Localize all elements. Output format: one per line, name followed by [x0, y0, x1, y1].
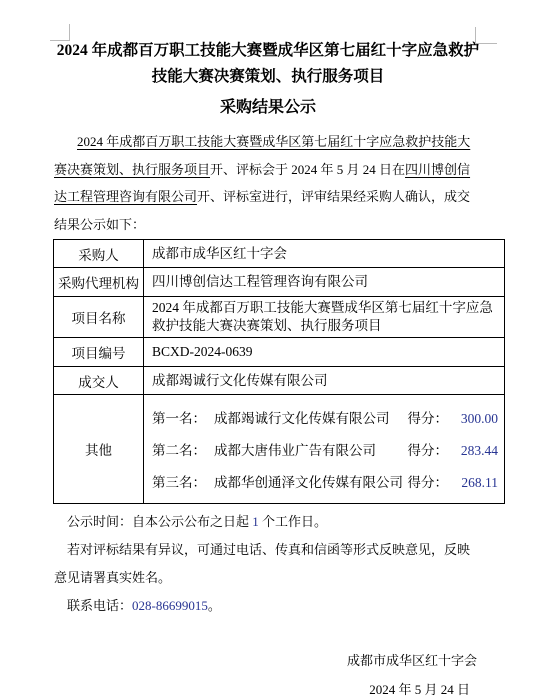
- row-label: 采购人: [54, 240, 144, 268]
- entry-company-name: 成都竭诚行文化传媒有限公司: [214, 407, 390, 427]
- text-segment: 公示时间：自本公示公布之日起: [67, 514, 252, 529]
- entry-rank: 第二名：: [152, 439, 206, 459]
- text-segment: 结果公示如下：: [54, 217, 145, 232]
- ranking-entry: 第三名：成都华创通泽文化传媒有限公司得分：268.11: [152, 471, 498, 491]
- entry-rank: 第三名：: [152, 471, 206, 491]
- accent-number: 028-86699015: [132, 598, 208, 613]
- signature-date: 2024 年 5 月 24 日: [54, 675, 477, 697]
- document-title-line-2: 技能大赛决赛策划、执行服务项目: [54, 64, 482, 90]
- underlined-text: 2024 年成都百万职工技能大赛暨成华区第七届红十字应急救护技能大: [77, 134, 470, 149]
- underlined-text: 达工程管理咨询有限公司: [54, 189, 197, 204]
- table-row: 项目名称2024 年成都百万职工技能大赛暨成华区第七届红十字应急救护技能大赛决赛…: [54, 297, 505, 338]
- row-value: 2024 年成都百万职工技能大赛暨成华区第七届红十字应急救护技能大赛决赛策划、执…: [144, 297, 505, 338]
- document-title-line-1: 2024 年成都百万职工技能大赛暨成华区第七届红十字应急救护: [54, 38, 482, 64]
- row-label: 其他: [54, 395, 144, 504]
- document-page: 2024 年成都百万职工技能大赛暨成华区第七届红十字应急救护 技能大赛决赛策划、…: [0, 0, 537, 697]
- entry-company-name: 成都华创通泽文化传媒有限公司: [214, 471, 403, 491]
- ranking-entry: 第一名：成都竭诚行文化传媒有限公司得分：300.00: [152, 407, 498, 427]
- entry-rank: 第一名：: [152, 407, 206, 427]
- ranking-entry: 第二名：成都大唐伟业广告有限公司得分：283.44: [152, 439, 498, 459]
- ranking-list: 第一名：成都竭诚行文化传媒有限公司得分：300.00第二名：成都大唐伟业广告有限…: [144, 395, 504, 503]
- result-info-table-body: 采购人成都市成华区红十字会采购代理机构四川博创信达工程管理咨询有限公司项目名称2…: [54, 240, 505, 504]
- notice-line: 若对评标结果有异议，可通过电话、传真和信函等形式反映意见，反映: [54, 536, 466, 564]
- text-boundary-mark-top-left: [50, 24, 70, 41]
- text-segment: 开、评标会于 2024 年 5 月 24 日在: [210, 162, 405, 177]
- entry-company-name: 成都大唐伟业广告有限公司: [214, 439, 376, 459]
- underlined-text: 四川博创信: [405, 162, 470, 177]
- intro-line: 达工程管理咨询有限公司开、评标室进行，评审结果经采购人确认，成交: [54, 183, 466, 211]
- row-label: 采购代理机构: [54, 268, 144, 297]
- text-boundary-mark-top-right: [475, 27, 497, 44]
- table-row-other: 其他第一名：成都竭诚行文化传媒有限公司得分：300.00第二名：成都大唐伟业广告…: [54, 395, 505, 504]
- notice-line: 公示时间：自本公示公布之日起 1 个工作日。: [54, 508, 466, 536]
- row-value: 四川博创信达工程管理咨询有限公司: [144, 268, 505, 297]
- signature-block: 成都市成华区红十字会 2024 年 5 月 24 日: [54, 647, 477, 697]
- row-value: BCXD-2024-0639: [144, 338, 505, 367]
- signature-organization: 成都市成华区红十字会: [54, 647, 477, 675]
- row-label: 成交人: [54, 367, 144, 395]
- entry-score-value: 300.00: [448, 411, 498, 427]
- intro-line: 结果公示如下：: [54, 211, 466, 239]
- row-label: 项目编号: [54, 338, 144, 367]
- underlined-text: 赛决赛策划、执行服务项目: [54, 162, 210, 177]
- entry-score-label: 得分：: [408, 407, 449, 427]
- table-row: 成交人成都竭诚行文化传媒有限公司: [54, 367, 505, 395]
- text-segment: 若对评标结果有异议，可通过电话、传真和信函等形式反映意见，反映: [67, 542, 470, 557]
- text-segment: 。: [208, 598, 221, 613]
- intro-line: 2024 年成都百万职工技能大赛暨成华区第七届红十字应急救护技能大: [54, 128, 466, 156]
- table-row: 采购人成都市成华区红十字会: [54, 240, 505, 268]
- text-segment: 联系电话：: [67, 598, 132, 613]
- document-title: 2024 年成都百万职工技能大赛暨成华区第七届红十字应急救护 技能大赛决赛策划、…: [54, 38, 482, 90]
- text-segment: 开、评标室进行，评审结果经采购人确认，成交: [197, 189, 470, 204]
- notice-line: 联系电话：028-86699015。: [54, 592, 466, 620]
- table-row: 项目编号BCXD-2024-0639: [54, 338, 505, 367]
- entry-score-label: 得分：: [408, 439, 449, 459]
- row-value: 成都竭诚行文化传媒有限公司: [144, 367, 505, 395]
- entry-score-label: 得分：: [408, 471, 449, 491]
- notice-paragraphs: 公示时间：自本公示公布之日起 1 个工作日。若对评标结果有异议，可通过电话、传真…: [54, 508, 466, 620]
- intro-paragraph: 2024 年成都百万职工技能大赛暨成华区第七届红十字应急救护技能大赛决赛策划、执…: [54, 128, 466, 238]
- document-subtitle: 采购结果公示: [54, 96, 482, 120]
- result-info-table: 采购人成都市成华区红十字会采购代理机构四川博创信达工程管理咨询有限公司项目名称2…: [53, 239, 505, 504]
- row-label: 项目名称: [54, 297, 144, 338]
- ranking-list-cell: 第一名：成都竭诚行文化传媒有限公司得分：300.00第二名：成都大唐伟业广告有限…: [144, 395, 505, 504]
- entry-score-value: 283.44: [448, 443, 498, 459]
- text-segment: 个工作日。: [259, 514, 327, 529]
- entry-score-value: 268.11: [448, 475, 498, 491]
- text-segment: 意见请署真实姓名。: [54, 570, 171, 585]
- table-row: 采购代理机构四川博创信达工程管理咨询有限公司: [54, 268, 505, 297]
- row-value: 成都市成华区红十字会: [144, 240, 505, 268]
- intro-line: 赛决赛策划、执行服务项目开、评标会于 2024 年 5 月 24 日在四川博创信: [54, 156, 466, 184]
- notice-line: 意见请署真实姓名。: [54, 564, 466, 592]
